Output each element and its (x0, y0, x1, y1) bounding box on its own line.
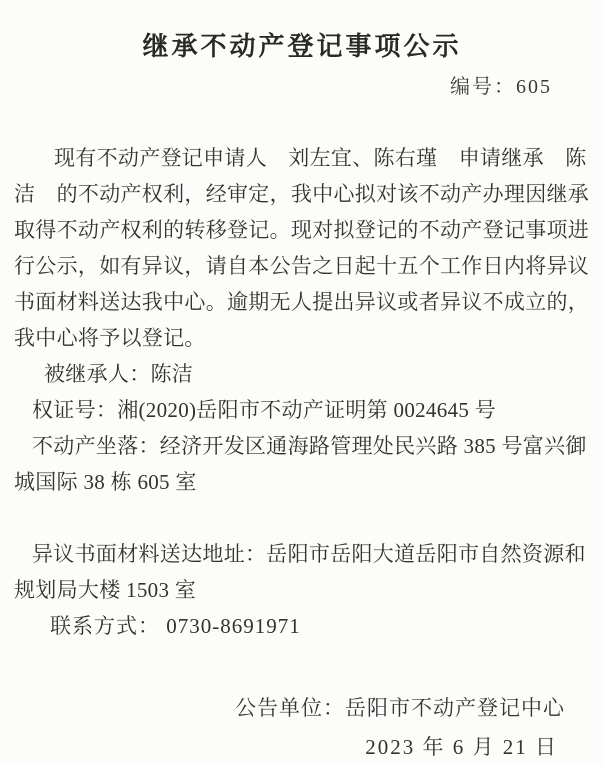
paragraph-line-4: 行公示，如有异议，请自本公告之日起十五个工作日内将异议 (14, 253, 580, 289)
field-property-location-line-1: 不动产坐落：经济开发区通海路管理处民兴路 385 号富兴御 (14, 433, 580, 469)
blank-line (14, 505, 580, 541)
field-objection-address-line-2: 规划局大楼 1503 室 (14, 577, 580, 613)
field-certificate-number: 权证号：湘(2020)岳阳市不动产证明第 0024645 号 (14, 397, 580, 433)
paragraph-line-6: 我中心将予以登记。 (14, 325, 580, 361)
field-objection-address-line-1: 异议书面材料送达地址：岳阳市岳阳大道岳阳市自然资源和 (14, 541, 580, 577)
paragraph-line-5: 书面材料送达我中心。逾期无人提出异议或者异议不成立的， (14, 289, 580, 325)
notice-document: 继承不动产登记事项公示 编号：605 现有不动产登记申请人 刘左宜、陈右瑾 申请… (0, 0, 604, 765)
field-property-location-line-2: 城国际 38 栋 605 室 (14, 469, 580, 505)
field-contact-phone: 联系方式： 0730-8691971 (14, 613, 580, 649)
doc-number: 编号：605 (450, 70, 552, 99)
footer-issuing-unit: 公告单位：岳阳市不动产登记中心 (235, 692, 565, 722)
notice-title: 继承不动产登记事项公示 (0, 26, 604, 63)
paragraph-line-3: 取得不动产权利的转移登记。现对拟登记的不动产登记事项进 (14, 217, 580, 253)
notice-body: 现有不动产登记申请人 刘左宜、陈右瑾 申请继承 陈 洁 的不动产权利，经审定，我… (14, 145, 580, 649)
field-heir: 被继承人：陈洁 (14, 361, 580, 397)
footer-date: 2023 年 6 月 21 日 (365, 731, 558, 761)
paragraph-line-1: 现有不动产登记申请人 刘左宜、陈右瑾 申请继承 陈 (14, 145, 580, 181)
paragraph-line-2: 洁 的不动产权利，经审定，我中心拟对该不动产办理因继承 (14, 181, 580, 217)
